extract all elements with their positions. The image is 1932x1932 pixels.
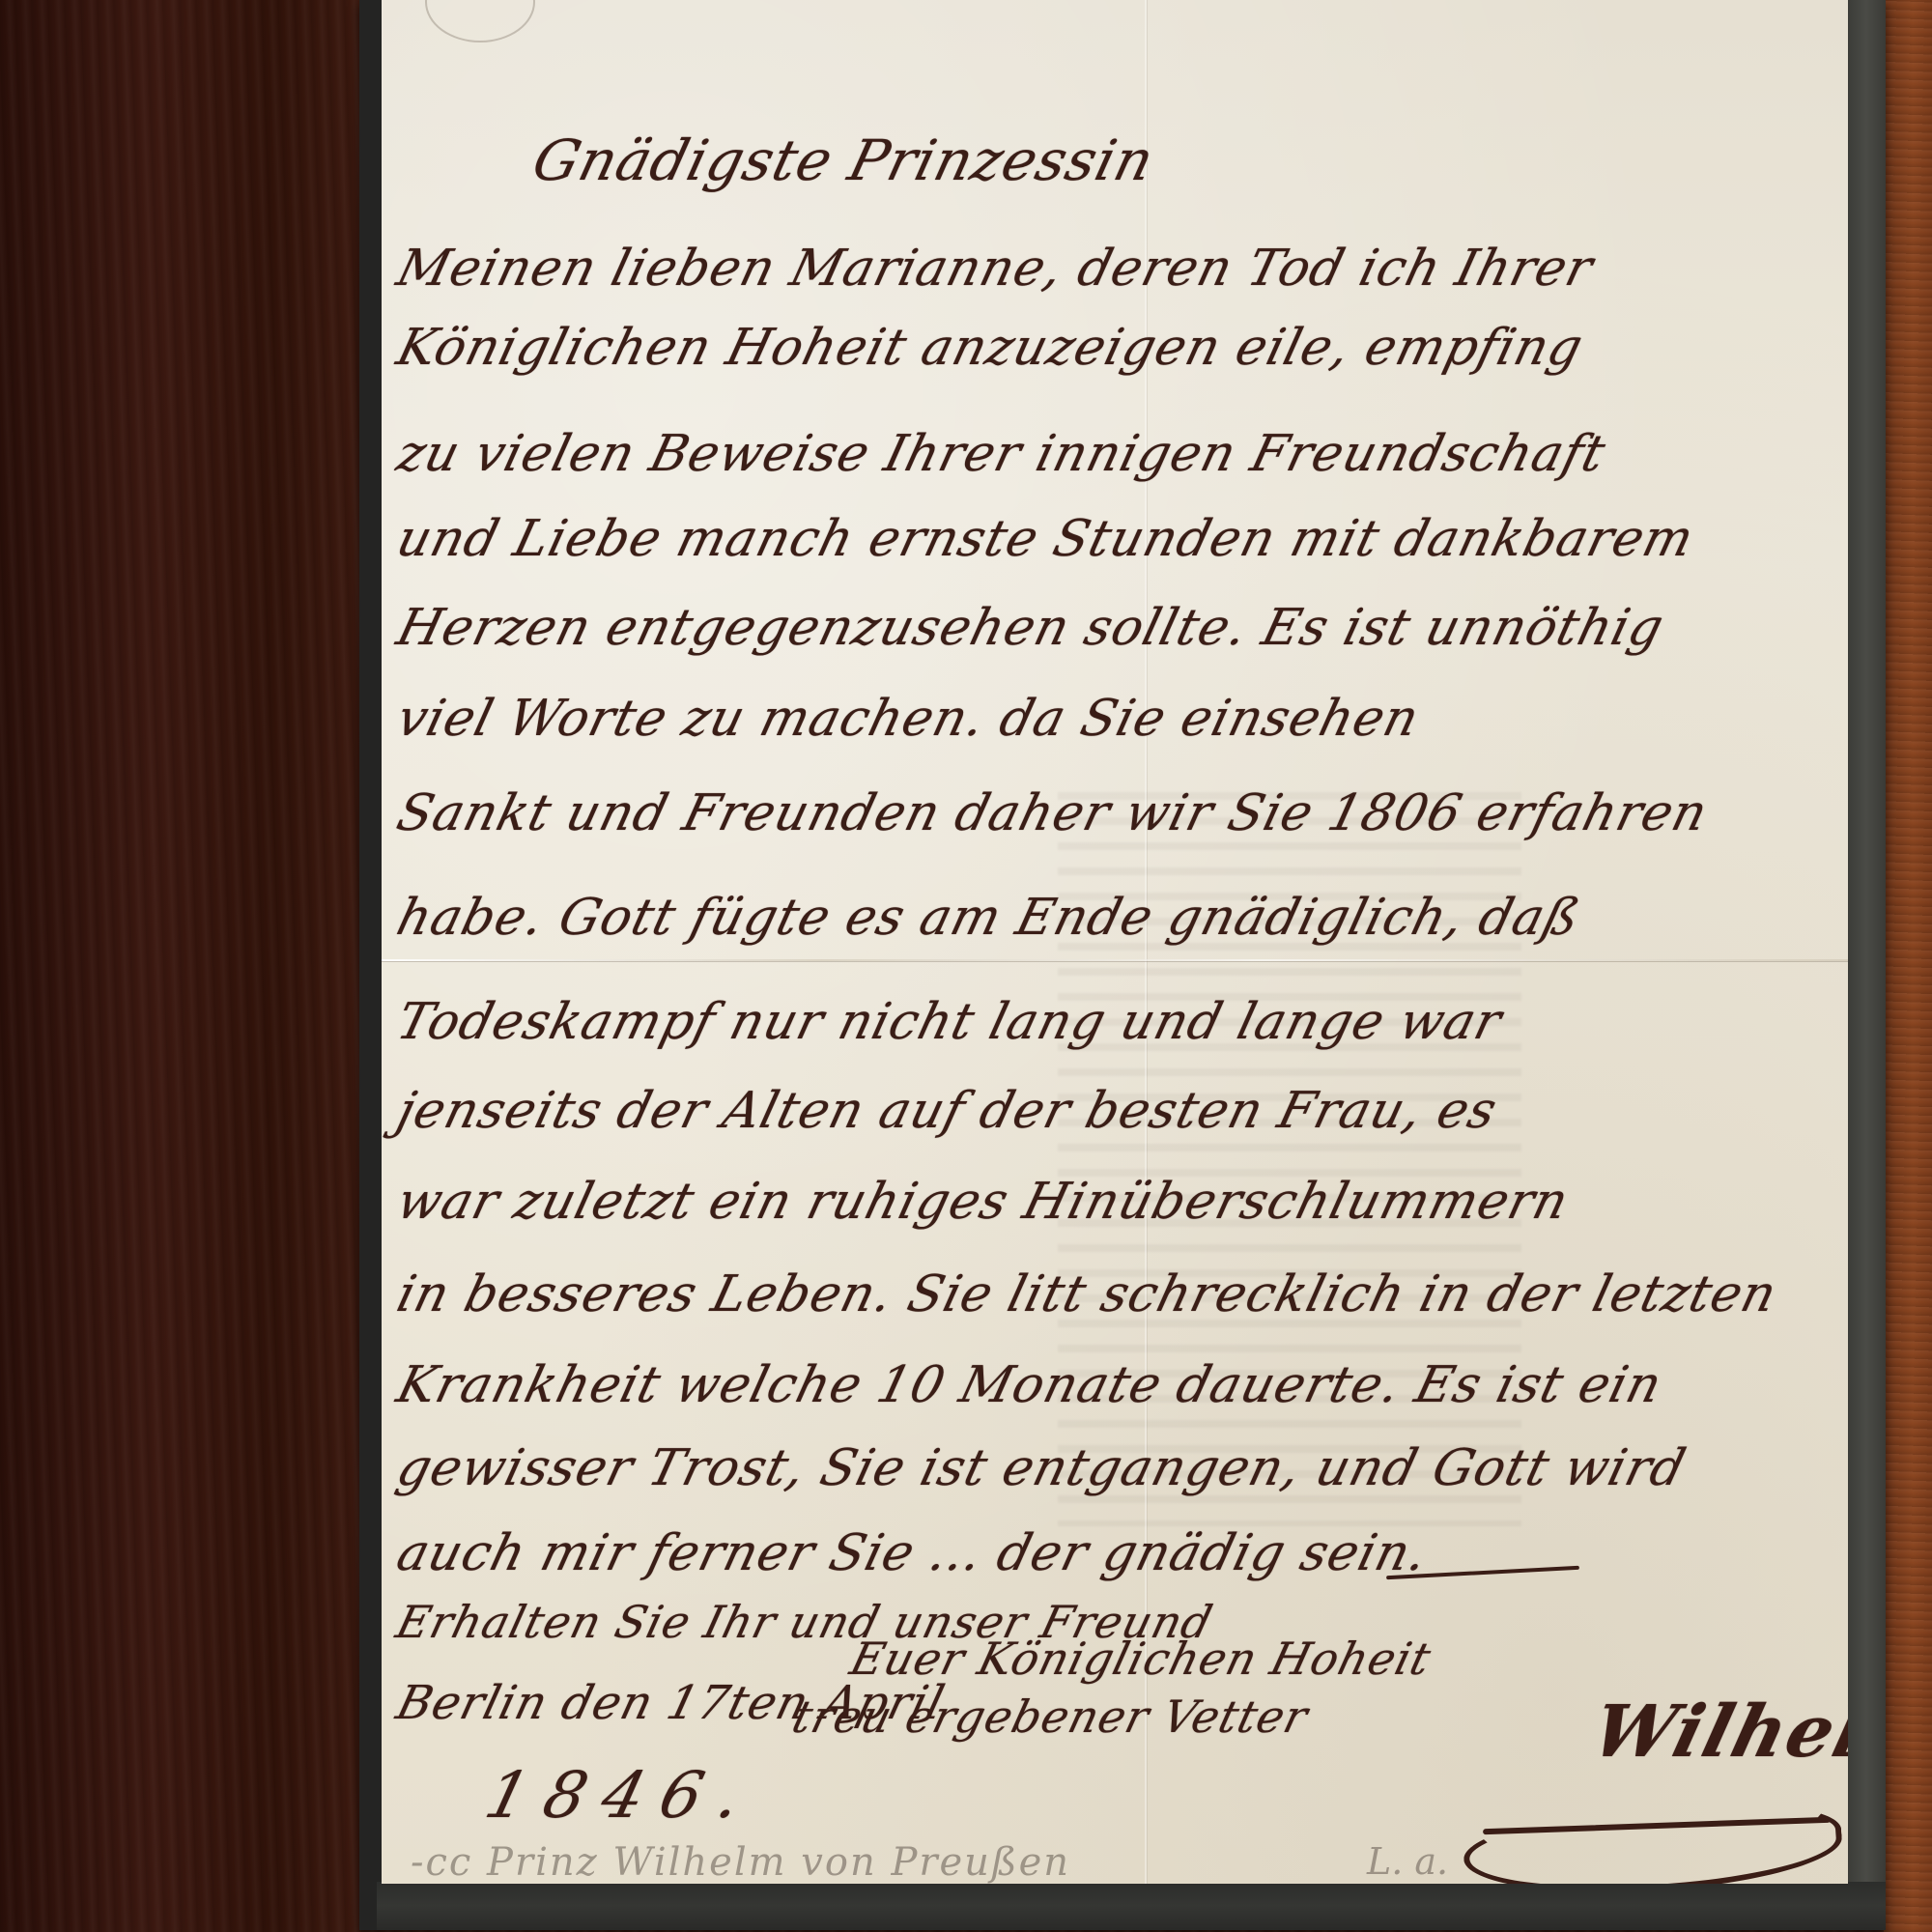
body-line-9: Todeskampf nur nicht lang und lange war [391,993,1508,1051]
archive-stamp [425,0,535,43]
salutation: Gnädigste Prinzessin [526,128,1161,193]
place-and-date: Berlin den 17ten April [391,1676,951,1730]
body-line-12: in besseres Leben. Sie litt schrecklich … [391,1265,1783,1323]
body-line-10: jenseits der Alten auf der besten Frau, … [391,1082,1503,1140]
body-line-5: Herzen entgegenzusehen sollte. Es ist un… [391,599,1670,657]
signature: Wilhelm Prinz [1584,1690,1848,1774]
body-line-6: viel Worte zu machen. da Sie einsehen [391,690,1425,748]
horizontal-fold-crease [382,959,1848,961]
mount-right-edge [1847,0,1886,1927]
body-line-11: war zuletzt ein ruhiges Hinüberschlummer… [391,1173,1575,1231]
pencil-reference: L. a. [1367,1840,1448,1883]
body-line-1: Meinen lieben Marianne, deren Tod ich Ih… [391,240,1599,298]
body-line-14: gewisser Trost, Sie ist entgangen, und G… [391,1439,1691,1497]
year: 1846. [478,1758,766,1833]
letter-sheet: Gnädigste Prinzessin Meinen lieben Maria… [382,0,1848,1884]
wooden-table-right [1884,0,1932,1932]
mount-bottom-edge [377,1882,1886,1930]
body-line-4: und Liebe manch ernste Stunden mit dankb… [391,510,1700,568]
pencil-annotation: -cc Prinz Wilhelm von Preußen [411,1840,1070,1884]
body-line-13: Krankheit welche 10 Monate dauerte. Es i… [391,1356,1668,1414]
body-line-7: Sankt und Freunden daher wir Sie 1806 er… [391,784,1714,842]
body-line-2: Königlichen Hoheit anzuzeigen eile, empf… [391,319,1589,377]
body-line-8: habe. Gott fügte es am Ende gnädiglich, … [391,889,1586,947]
body-line-15: auch mir ferner Sie ... der gnädig sein. [391,1524,1434,1582]
signature-flourish [1461,1793,1844,1884]
body-line-3: zu vielen Beweise Ihrer innigen Freundsc… [391,425,1611,483]
